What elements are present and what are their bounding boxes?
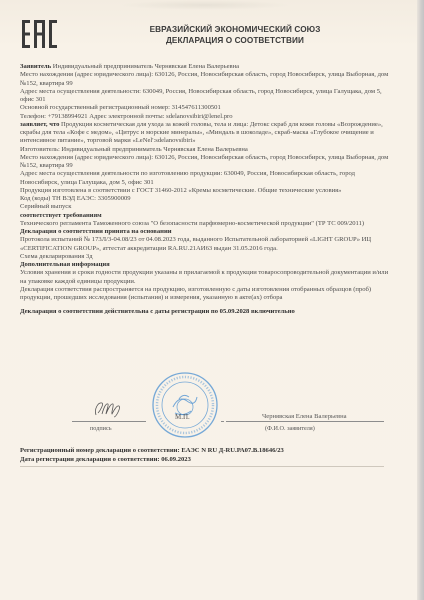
applicant-activity-address: Адрес места осуществления деятельности: … — [20, 88, 390, 105]
divider — [221, 421, 224, 422]
applicant-name: Индивидуальный предприниматель Чернявска… — [51, 63, 239, 70]
applicant-contacts: Телефон: +79138994921 Адрес электронной … — [20, 113, 390, 121]
signer-caption: (Ф.И.О. заявителя) — [265, 425, 315, 432]
applicant-line: Заявитель Индивидуальный предприниматель… — [20, 63, 390, 71]
basis-label: Декларация о соответствии принята на осн… — [20, 228, 390, 236]
manufacturer-legal-address: Место нахождения (адрес юридического лиц… — [20, 154, 390, 171]
manufacturer-production-address: Адрес места осуществления деятельности п… — [20, 170, 390, 187]
complies-label: соответствует требованиям — [20, 212, 390, 220]
applicant-label: Заявитель — [20, 63, 51, 70]
registration-date: Дата регистрации декларации о соответств… — [20, 456, 390, 465]
manufacturer-name: Изготовитель: Индивидуальный предпринима… — [20, 146, 390, 154]
stamp-label: М.П. — [175, 413, 190, 421]
batch-type: Серийный выпуск — [20, 203, 390, 211]
scan-glare — [120, 0, 290, 10]
additional-info-label: Дополнительная информация — [20, 261, 390, 269]
signer-name-line — [226, 421, 384, 422]
signature-line — [72, 421, 146, 422]
scope-info: Декларация соответствия распространяется… — [20, 286, 390, 303]
scan-edge-shadow — [417, 0, 424, 600]
declaration-body: Заявитель Индивидуальный предприниматель… — [20, 63, 390, 317]
document-page: ЕВРАЗИЙСКИЙ ЭКОНОМИЧЕСКИЙ СОЮЗ ДЕКЛАРАЦИ… — [0, 0, 418, 600]
applicant-legal-address: Место нахождения (адрес юридического лиц… — [20, 71, 390, 88]
stamp-icon — [151, 371, 219, 439]
declares-label: заявляет, что — [20, 121, 59, 128]
product-description: Продукция косметическая для ухода за кож… — [20, 121, 383, 145]
declaration-product: заявляет, что Продукция косметическая дл… — [20, 121, 390, 146]
bottom-divider — [20, 466, 384, 467]
declaration-scheme: Схема декларирования 3д — [20, 253, 390, 261]
signature-caption: подпись — [90, 425, 112, 432]
document-header: ЕВРАЗИЙСКИЙ ЭКОНОМИЧЕСКИЙ СОЮЗ ДЕКЛАРАЦИ… — [120, 24, 350, 46]
signature-icon — [92, 399, 126, 419]
registration-block: Регистрационный номер декларации о соотв… — [20, 447, 390, 464]
signer-name: Чернявская Елена Валерьевна — [262, 413, 347, 420]
applicant-ogrn: Основной государственный регистрационный… — [20, 104, 390, 112]
union-title: ЕВРАЗИЙСКИЙ ЭКОНОМИЧЕСКИЙ СОЮЗ — [120, 24, 350, 35]
test-protocol: Протокола испытаний № 173Л/3-04.08/23 от… — [20, 236, 390, 253]
storage-info: Условия хранения и сроки годности продук… — [20, 269, 390, 286]
hs-code: Код (коды) ТН ВЭД ЕАЭС: 3305900009 — [20, 195, 390, 203]
validity-statement: Декларация о соответствии действительна … — [20, 308, 390, 316]
registration-number: Регистрационный номер декларации о соотв… — [20, 447, 390, 456]
eac-mark-icon — [22, 20, 58, 48]
document-title: ДЕКЛАРАЦИЯ О СООТВЕТСТВИИ — [120, 35, 350, 46]
technical-regulation: Технического регламента Таможенного союз… — [20, 220, 390, 228]
standard: Продукция изготовлена в соответствии с Г… — [20, 187, 390, 195]
